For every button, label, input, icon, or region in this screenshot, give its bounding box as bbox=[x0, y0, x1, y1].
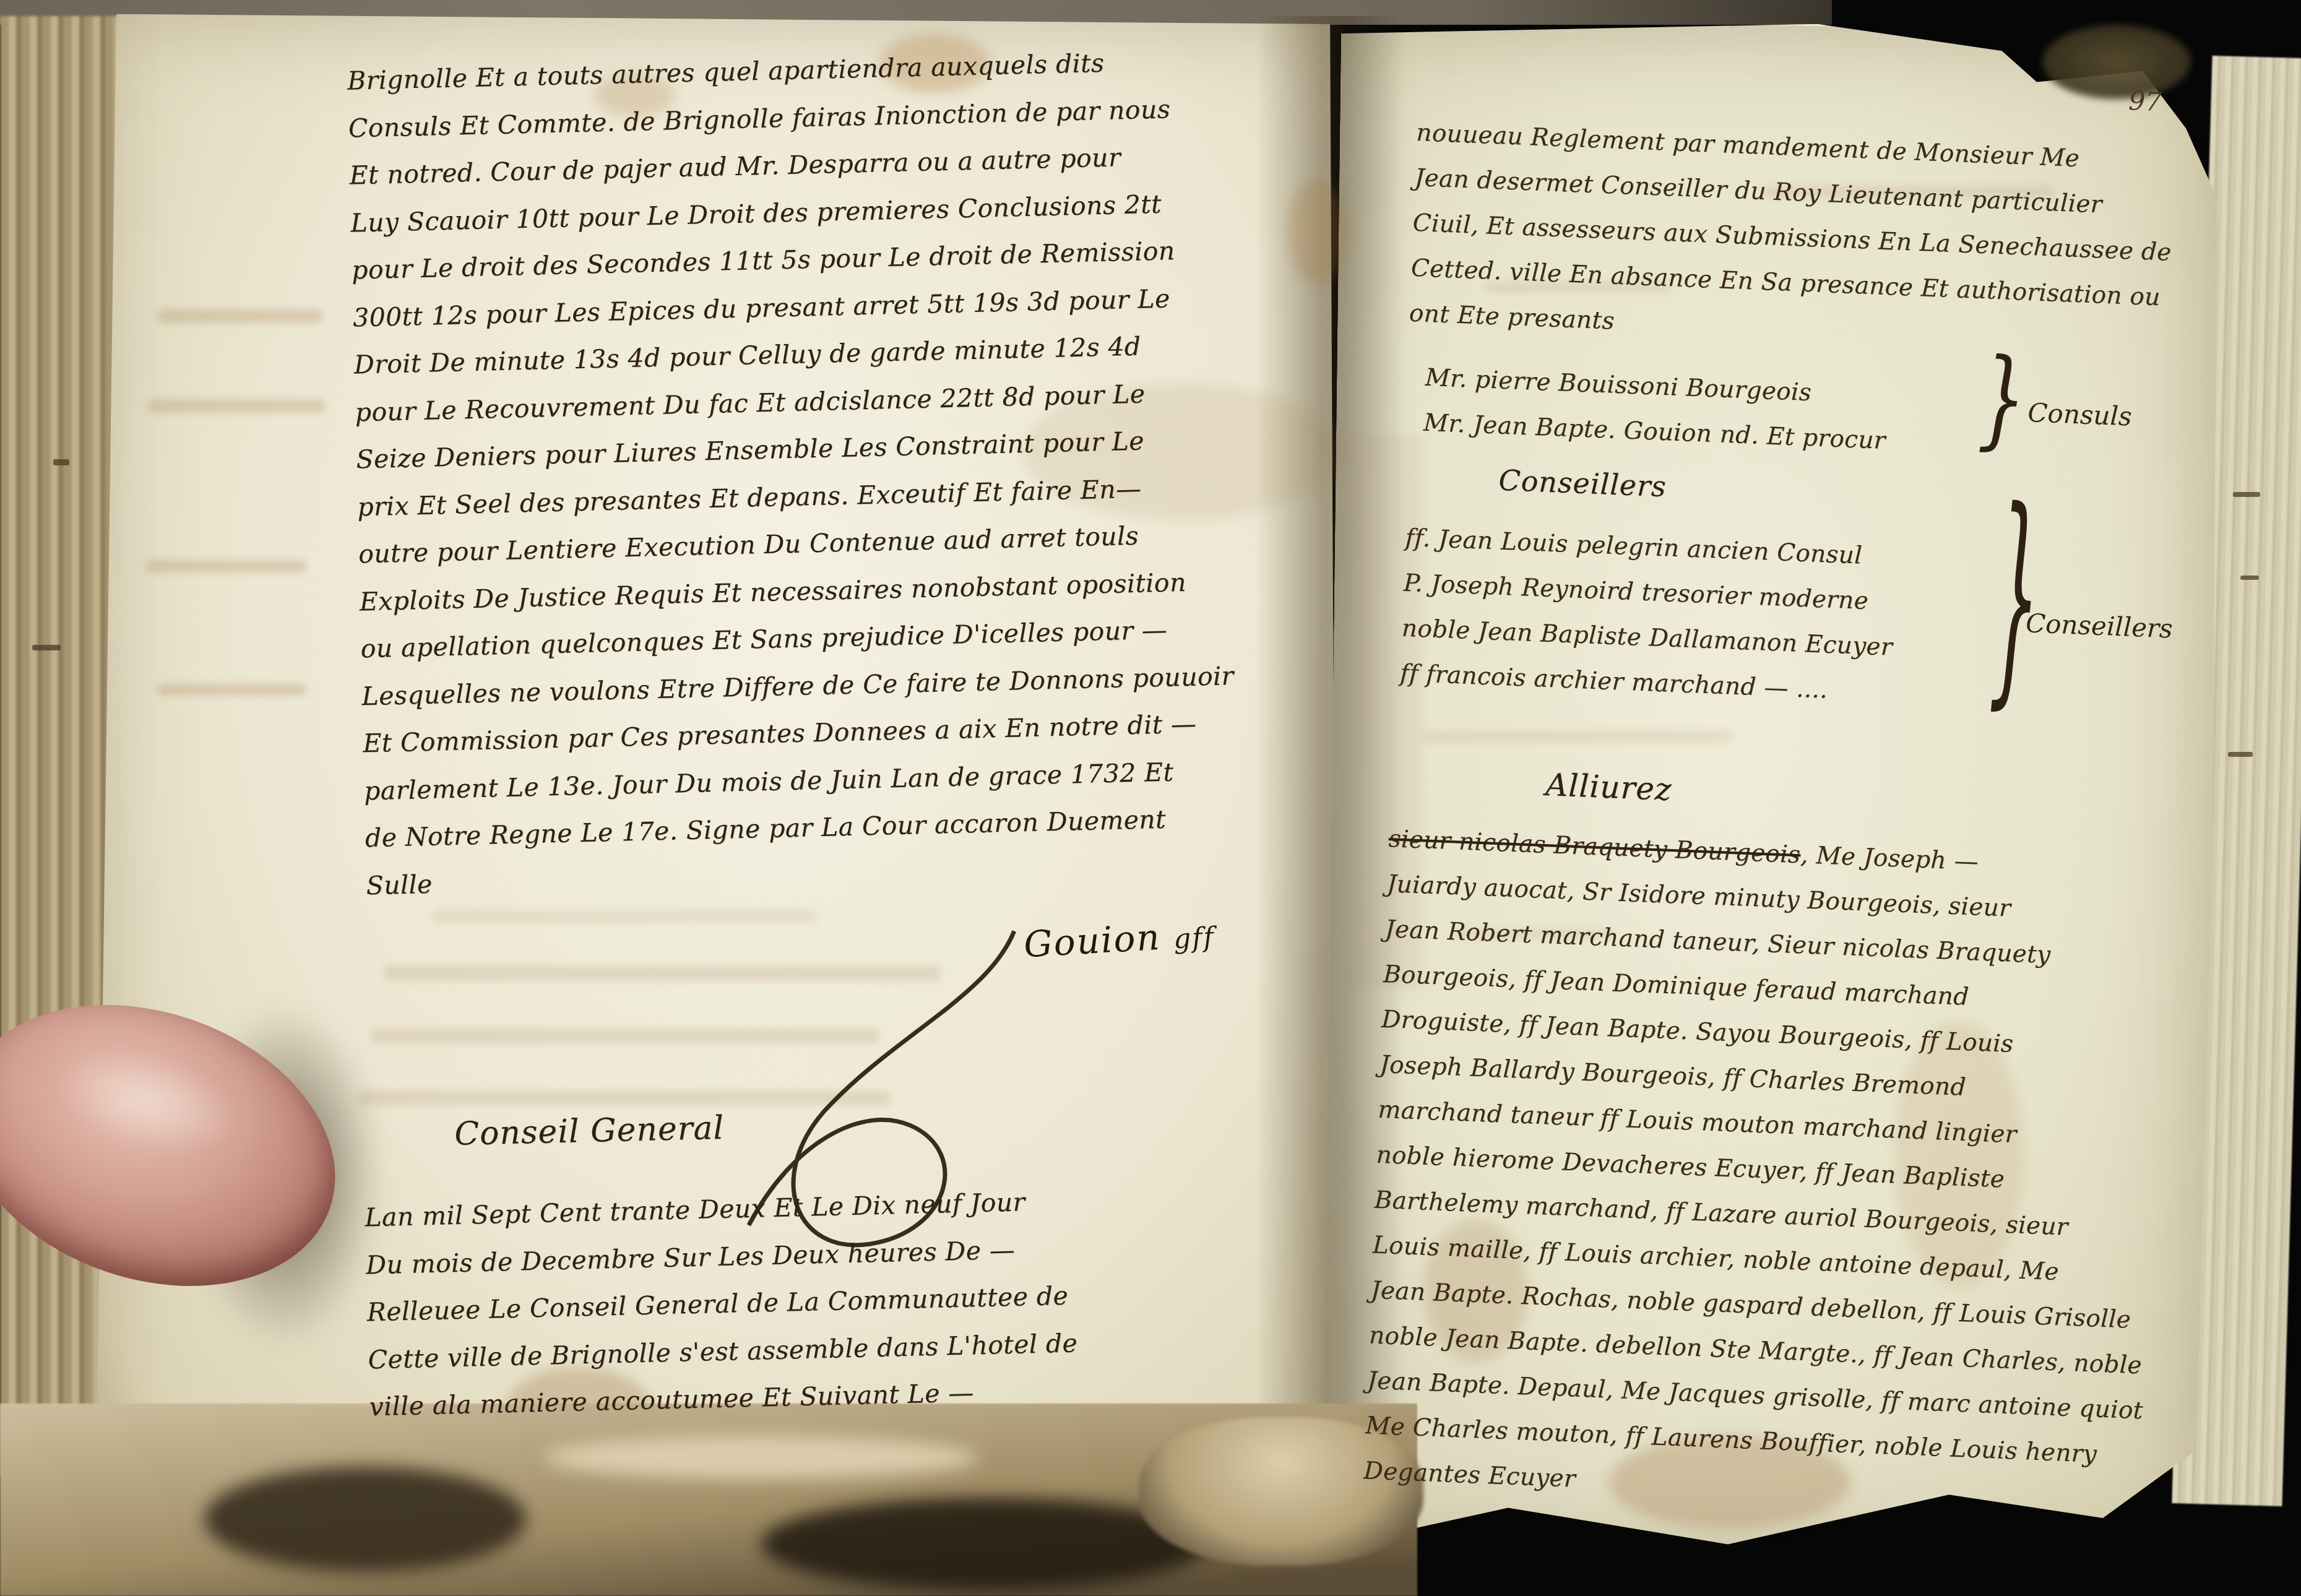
intro-paragraph: nouueau Reglement par mandement de Monsi… bbox=[1409, 110, 2176, 366]
page-number: 97 bbox=[2128, 85, 2162, 117]
conseil-general-heading: Conseil General bbox=[454, 1110, 725, 1153]
bleedthrough-mark bbox=[149, 399, 325, 413]
signature-suffix: gff bbox=[1173, 921, 1216, 955]
bleedthrough-mark bbox=[145, 560, 306, 572]
allivrez-heading: Alliurez bbox=[1545, 767, 1672, 808]
right-page-text: 97 nouueau Reglement par mandement de Mo… bbox=[1361, 110, 2283, 1579]
left-page-text: Brignolle Et a touts autres quel apartie… bbox=[337, 29, 1375, 1525]
conseillers-label: Conseillers bbox=[2025, 608, 2173, 644]
allivrez-list: Juiardy auocat, Sr Isidore minuty Bourge… bbox=[1363, 861, 2163, 1524]
manuscript-photo: Brignolle Et a touts autres quel apartie… bbox=[0, 0, 2301, 1596]
greffier-signature: Gouion gff bbox=[1022, 913, 1215, 966]
signature-name: Gouion bbox=[1022, 916, 1162, 966]
first-line-rest: , Me Joseph — bbox=[1800, 841, 1979, 876]
conseillers-brace: } bbox=[1988, 482, 2045, 714]
consuls-label: Consuls bbox=[2027, 397, 2133, 432]
torn-corner-smudge bbox=[2042, 25, 2191, 99]
bleedthrough-mark bbox=[158, 684, 306, 696]
conseil-paragraph: Lan mil Sept Cent trante Deux Et Le Dix … bbox=[364, 1177, 1079, 1430]
consuls-brace: } bbox=[1977, 345, 2028, 454]
bleedthrough-mark bbox=[158, 309, 322, 323]
binding-mark bbox=[53, 459, 69, 465]
consuls-list: Mr. pierre Bouissoni BourgeoisMr. Jean B… bbox=[1423, 355, 1888, 464]
conseillers-heading: Conseillers bbox=[1498, 464, 1667, 504]
arret-paragraph: Brignolle Et a touts autres quel apartie… bbox=[347, 37, 1238, 909]
conseillers-list: ff. Jean Louis pelegrin ancien ConsulP. … bbox=[1399, 515, 1897, 715]
struck-name: sieur nicolas Braquety Bourgeois bbox=[1388, 825, 1801, 869]
binding-mark bbox=[32, 645, 61, 650]
